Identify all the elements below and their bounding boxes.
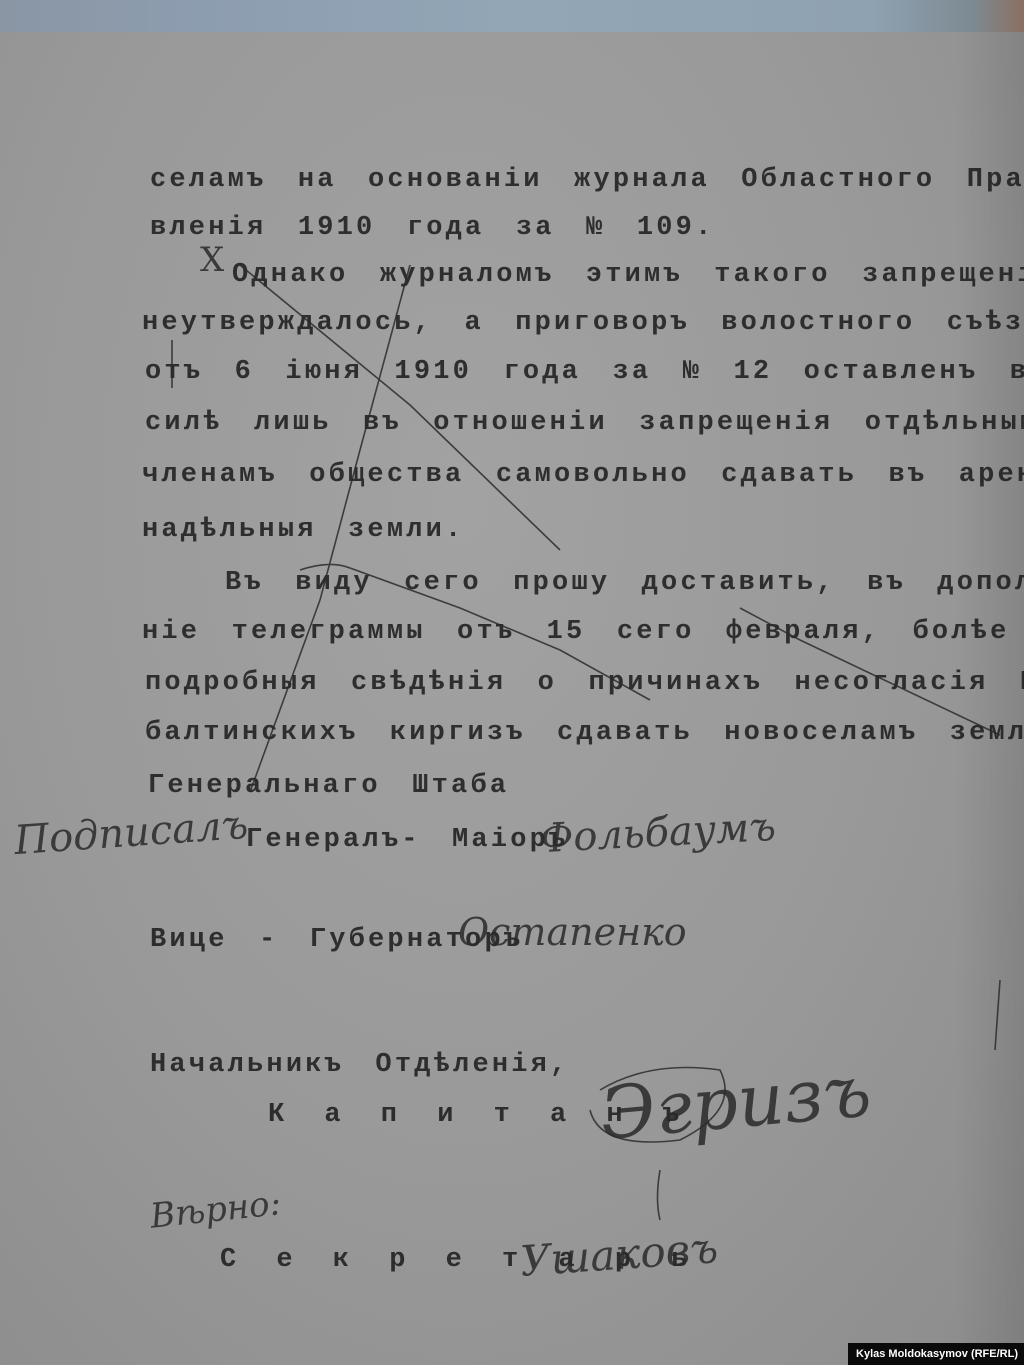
body-line-11: подробныя свѣдѣнiя о причинахъ несогласi…	[145, 668, 1024, 698]
body-line-3: Однако журналомъ этимъ такого запрещенiя	[232, 260, 1024, 290]
background-strip	[0, 0, 1024, 34]
body-line-1: селамъ на основанiи журнала Областного П…	[150, 165, 1024, 195]
photo-credit: Kylas Moldokasymov (RFE/RL)	[848, 1343, 1024, 1365]
body-line-9: Въ виду сего прошу доставить, въ дополне…	[225, 568, 1024, 598]
vice-governor-signature: Остапенко	[458, 910, 687, 954]
body-line-7: членамъ общества самовольно сдавать въ а…	[142, 460, 1024, 490]
body-line-6: силѣ лишь въ отношенiи запрещенiя отдѣль…	[145, 408, 1024, 438]
body-line-12: балтинскихъ киргизъ сдавать новоселамъ з…	[145, 718, 1024, 748]
staff-line: Генеральнаго Штаба	[148, 771, 509, 801]
general-major-title: Генералъ- Маiоръ	[246, 825, 568, 855]
body-line-2: вленiя 1910 года за № 109.	[150, 213, 714, 243]
body-line-8: надѣльныя земли.	[142, 515, 464, 545]
body-line-5: отъ 6 iюня 1910 года за № 12 оставленъ в…	[145, 357, 1024, 387]
body-line-4: неутверждалось, а приговоръ волостного с…	[142, 308, 1024, 338]
department-head-title: Начальникъ Отдѣленiя,	[150, 1050, 569, 1080]
body-line-10: нiе телеграммы отъ 15 сего февраля, болѣ…	[142, 617, 1010, 647]
margin-x-mark: X	[200, 240, 224, 280]
